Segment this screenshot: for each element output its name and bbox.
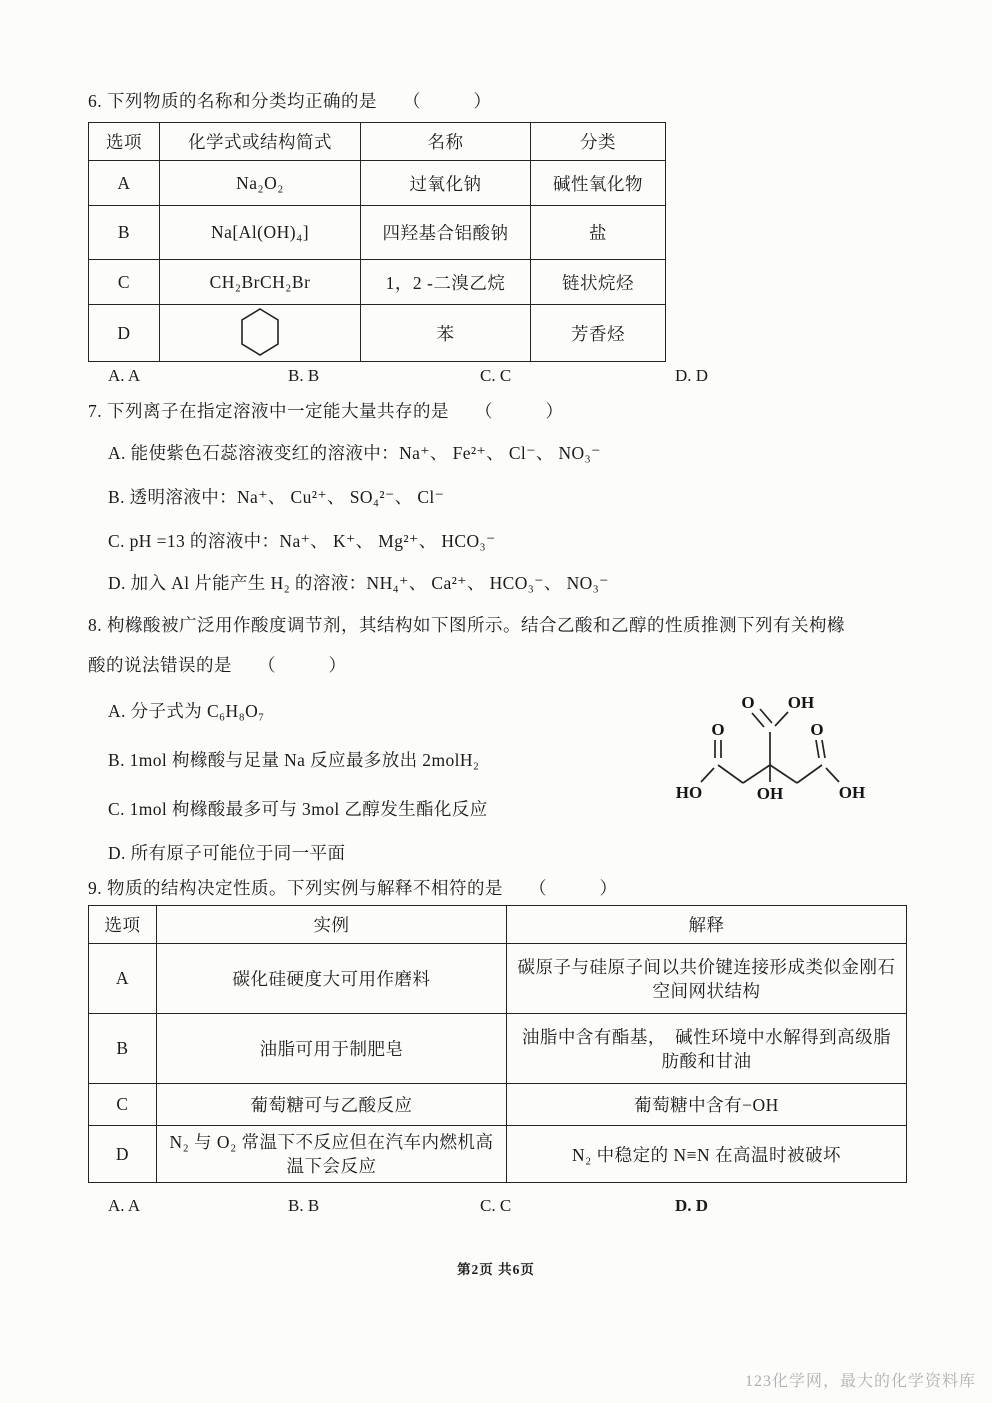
exam-page: 6. 下列物质的名称和分类均正确的是（ ） 选项 化学式或结构简式 名称 分类 … <box>0 0 992 1403</box>
question-8-answer-bracket: （ ） <box>258 655 352 675</box>
q9-header-example: 实例 <box>157 906 507 944</box>
question-6-answer-bracket: （ ） <box>403 91 497 111</box>
q6-row-d: D 苯 芳香烃 <box>89 305 666 362</box>
q6-rowC-category: 链状烷烃 <box>531 260 666 305</box>
q9-rowC-example: 葡萄糖可与乙酸反应 <box>157 1084 507 1126</box>
q6-row-a: A Na₂O₂ 过氧化钠 碱性氧化物 <box>89 161 666 206</box>
q9-choices-row: A. A B. B C. C D. D <box>0 1196 992 1220</box>
q6-rowD-structure-cell <box>160 305 361 362</box>
q6-row-c: C CH₂BrCH₂Br 1，2 -二溴乙烷 链状烷烃 <box>89 260 666 305</box>
q6-rowA-name: 过氧化钠 <box>361 161 531 206</box>
q6-rowB-formula: Na[Al(OH)₄] <box>160 206 361 260</box>
benzene-ring-structure <box>237 307 283 359</box>
q8-option-b: B. 1mol 枸橼酸与足量 Na 反应最多放出 2molH₂ <box>108 747 479 772</box>
q9-header-option: 选项 <box>89 906 157 944</box>
question-8-title-line2: 酸的说法错误的是（ ） <box>88 652 352 677</box>
q6-choice-b: B. B <box>288 366 319 386</box>
q6-rowA-option: A <box>89 161 160 206</box>
q9-rowD-example: N₂ 与 O₂ 常温下不反应但在汽车内燃机高温下会反应 <box>157 1126 507 1183</box>
q9-row-b: B 油脂可用于制肥皂 油脂中含有酯基， 碱性环境中水解得到高级脂肪酸和甘油 <box>89 1014 907 1084</box>
structure-label-left-o: O <box>711 720 724 739</box>
q9-rowC-option: C <box>89 1084 157 1126</box>
q9-rowB-option: B <box>89 1014 157 1084</box>
question-7-title: 7. 下列离子在指定溶液中一定能大量共存的是（ ） <box>88 398 569 423</box>
q6-rowC-name: 1，2 -二溴乙烷 <box>361 260 531 305</box>
q9-rowB-example: 油脂可用于制肥皂 <box>157 1014 507 1084</box>
q6-choice-d: D. D <box>675 366 708 386</box>
question-9-text: 9. 物质的结构决定性质。下列实例与解释不相符的是 <box>88 878 503 898</box>
question-7-answer-bracket: （ ） <box>475 401 569 421</box>
q9-choice-b: B. B <box>288 1196 319 1216</box>
q7-option-b: B. 透明溶液中：Na⁺、 Cu²⁺、 SO₄²⁻、 Cl⁻ <box>108 484 444 509</box>
q6-header-name: 名称 <box>361 123 531 161</box>
question-6-title: 6. 下列物质的名称和分类均正确的是（ ） <box>88 88 497 113</box>
q6-rowC-option: C <box>89 260 160 305</box>
q6-header-row: 选项 化学式或结构简式 名称 分类 <box>89 123 666 161</box>
q6-header-option: 选项 <box>89 123 160 161</box>
question-9-title: 9. 物质的结构决定性质。下列实例与解释不相符的是（ ） <box>88 875 623 900</box>
q6-table: 选项 化学式或结构简式 名称 分类 A Na₂O₂ 过氧化钠 碱性氧化物 B N… <box>88 122 666 362</box>
q6-rowB-option: B <box>89 206 160 260</box>
structure-label-right-oh: OH <box>839 783 865 802</box>
q6-rowA-category: 碱性氧化物 <box>531 161 666 206</box>
structure-label-center-oh: OH <box>757 784 783 803</box>
q8-option-d: D. 所有原子可能位于同一平面 <box>108 840 345 865</box>
question-9-answer-bracket: （ ） <box>529 878 623 898</box>
q9-choice-c: C. C <box>480 1196 511 1216</box>
q7-option-c: C. pH =13 的溶液中：Na⁺、 K⁺、 Mg²⁺、 HCO₃⁻ <box>108 528 496 553</box>
structure-label-left-ho: HO <box>676 783 702 802</box>
q9-row-d: D N₂ 与 O₂ 常温下不反应但在汽车内燃机高温下会反应 N₂ 中稳定的 N≡… <box>89 1126 907 1183</box>
structure-label-top-o: O <box>741 693 754 712</box>
q9-rowC-explanation: 葡萄糖中含有−OH <box>507 1084 907 1126</box>
q8-option-a: A. 分子式为 C₆H₈O₇ <box>108 698 265 723</box>
q9-rowD-option: D <box>89 1126 157 1183</box>
q6-rowC-formula: CH₂BrCH₂Br <box>160 260 361 305</box>
page-number-footer: 第2页 共6页 <box>0 1258 992 1278</box>
q9-header-row: 选项 实例 解释 <box>89 906 907 944</box>
question-8-text: 酸的说法错误的是 <box>88 655 232 675</box>
q6-rowB-category: 盐 <box>531 206 666 260</box>
q9-row-c: C 葡萄糖可与乙酸反应 葡萄糖中含有−OH <box>89 1084 907 1126</box>
q9-table: 选项 实例 解释 A 碳化硅硬度大可用作磨料 碳原子与硅原子间以共价键连接形成类… <box>88 905 907 1183</box>
q6-rowB-name: 四羟基合铝酸钠 <box>361 206 531 260</box>
q9-rowA-explanation: 碳原子与硅原子间以共价键连接形成类似金刚石 空间网状结构 <box>507 944 907 1014</box>
citric-acid-structure-diagram: O OH O HO OH O OH <box>645 680 895 808</box>
q9-rowA-option: A <box>89 944 157 1014</box>
q6-rowA-formula: Na₂O₂ <box>160 161 361 206</box>
q6-rowD-name: 苯 <box>361 305 531 362</box>
q9-rowD-explanation: N₂ 中稳定的 N≡N 在高温时被破坏 <box>507 1126 907 1183</box>
question-8-title-line1: 8. 枸橼酸被广泛用作酸度调节剂，其结构如下图所示。结合乙酸和乙醇的性质推测下列… <box>88 612 845 637</box>
q6-header-category: 分类 <box>531 123 666 161</box>
q9-choice-d: D. D <box>675 1196 708 1216</box>
q9-choice-a: A. A <box>108 1196 140 1216</box>
q6-choices-row: A. A B. B C. C D. D <box>0 366 992 390</box>
q7-option-d: D. 加入 Al 片能产生 H₂ 的溶液：NH₄⁺、 Ca²⁺、 HCO₃⁻、 … <box>108 570 609 595</box>
q9-rowB-explanation: 油脂中含有酯基， 碱性环境中水解得到高级脂肪酸和甘油 <box>507 1014 907 1084</box>
structure-label-top-oh: OH <box>788 693 814 712</box>
q6-row-b: B Na[Al(OH)₄] 四羟基合铝酸钠 盐 <box>89 206 666 260</box>
question-7-text: 7. 下列离子在指定溶液中一定能大量共存的是 <box>88 401 449 421</box>
q8-option-c: C. 1mol 枸橼酸最多可与 3mol 乙醇发生酯化反应 <box>108 796 488 821</box>
question-6-text: 6. 下列物质的名称和分类均正确的是 <box>88 91 377 111</box>
q9-rowA-example: 碳化硅硬度大可用作磨料 <box>157 944 507 1014</box>
q9-row-a: A 碳化硅硬度大可用作磨料 碳原子与硅原子间以共价键连接形成类似金刚石 空间网状… <box>89 944 907 1014</box>
q6-choice-c: C. C <box>480 366 511 386</box>
structure-label-right-o: O <box>810 720 823 739</box>
q7-option-a: A. 能使紫色石蕊溶液变红的溶液中：Na⁺、 Fe²⁺、 Cl⁻、 NO₃⁻ <box>108 440 601 465</box>
q6-rowD-option: D <box>89 305 160 362</box>
site-watermark: 123化学网，最大的化学资料库 <box>745 1368 976 1391</box>
q9-header-explanation: 解释 <box>507 906 907 944</box>
q6-rowD-category: 芳香烃 <box>531 305 666 362</box>
q6-choice-a: A. A <box>108 366 140 386</box>
q6-header-formula: 化学式或结构简式 <box>160 123 361 161</box>
